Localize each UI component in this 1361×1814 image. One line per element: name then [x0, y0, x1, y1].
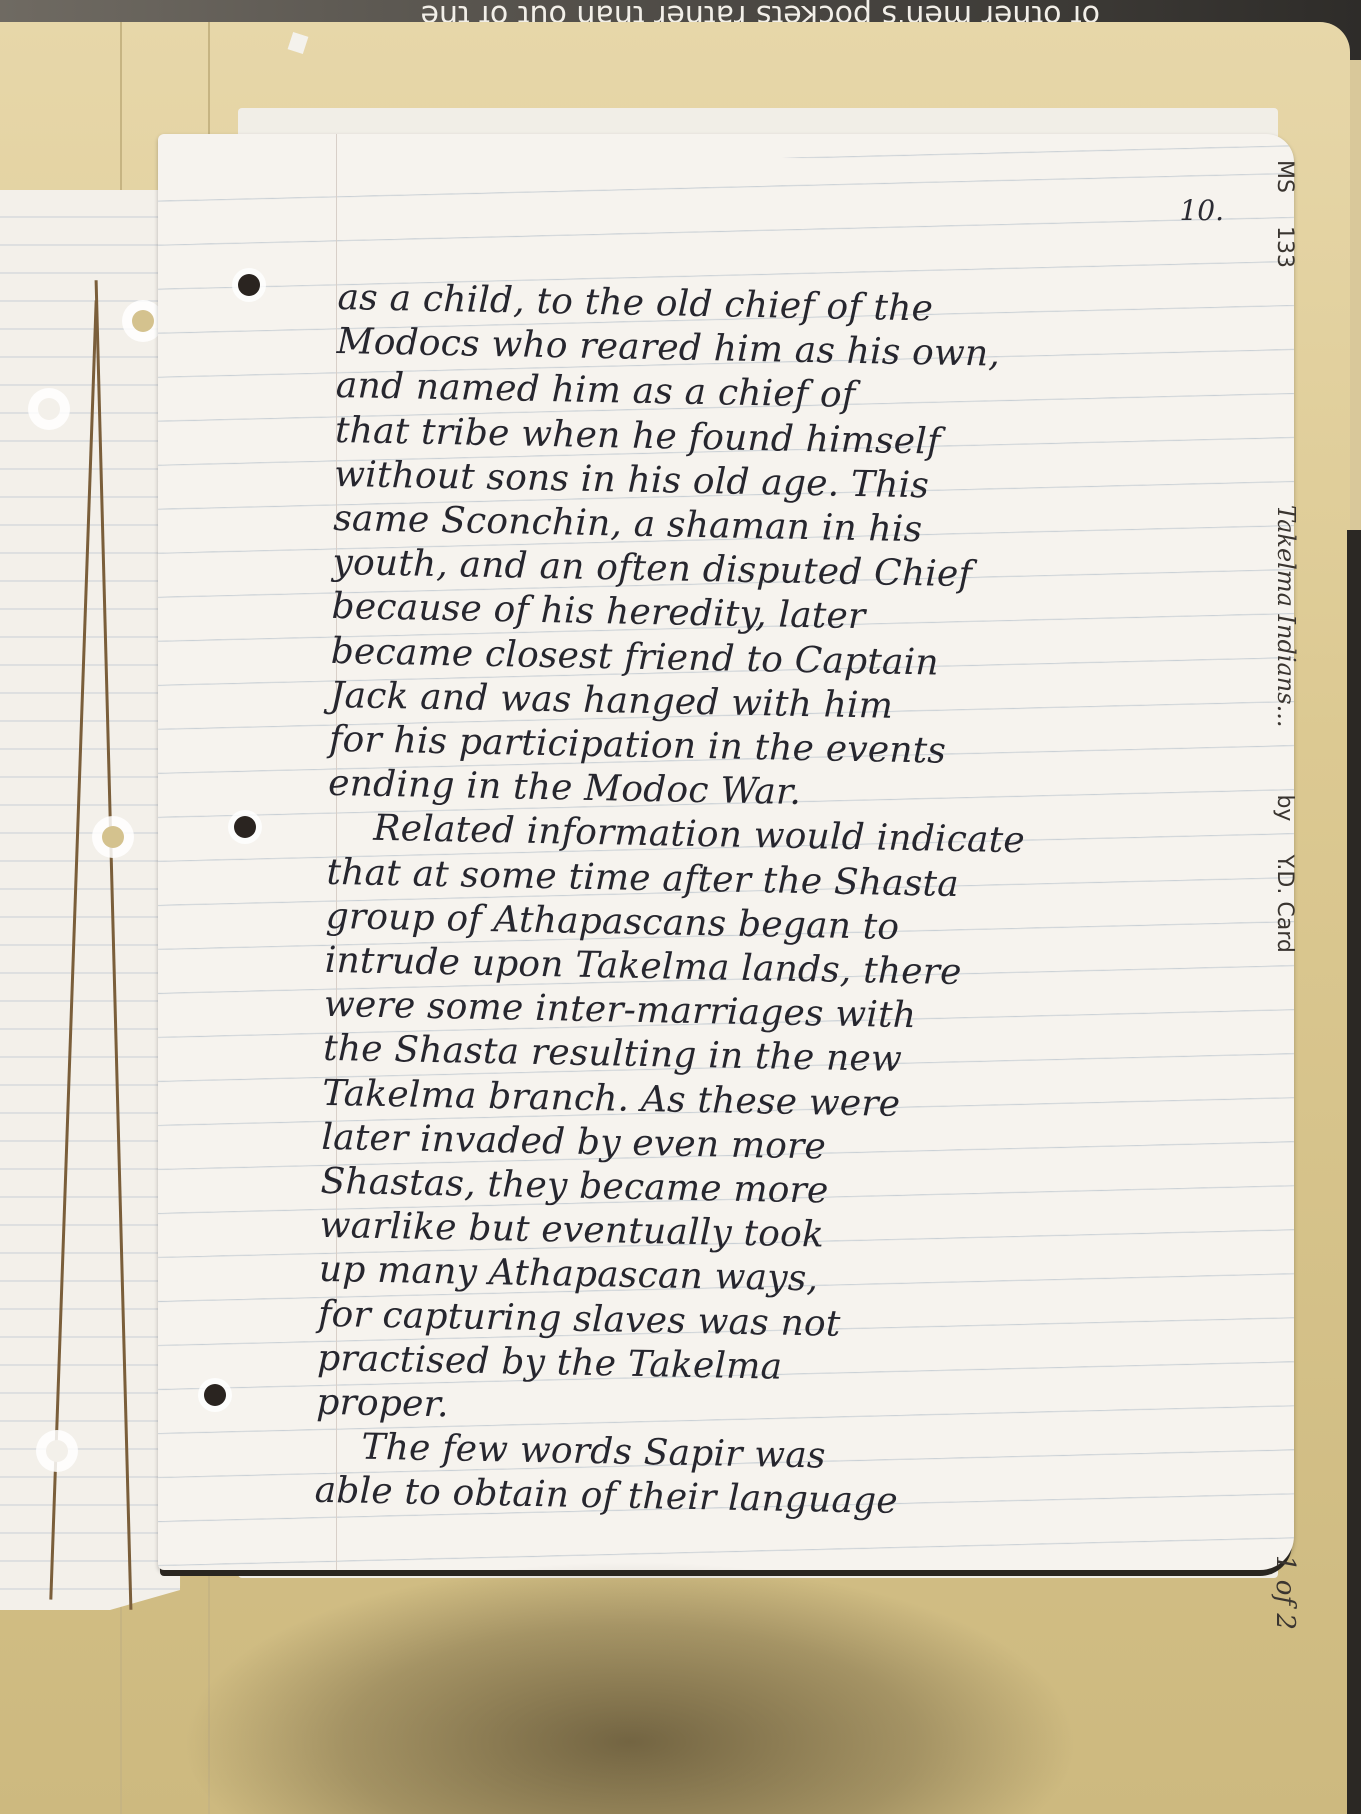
punch-hole-icon	[238, 274, 260, 296]
punch-hole-icon	[234, 816, 256, 838]
folder-edge-shadow	[1347, 530, 1361, 1814]
page-number: 10.	[1179, 194, 1224, 227]
folder-author: Y.D. Card	[1272, 854, 1297, 952]
collection-number: 133	[1272, 226, 1297, 268]
notebook-page: 10. as a child, to the old chief of theM…	[158, 134, 1294, 1570]
punch-hole-icon	[38, 398, 60, 420]
box-number: 1 of 2	[1270, 1555, 1300, 1630]
folder-by: by	[1272, 794, 1297, 821]
punch-hole-icon	[204, 1384, 226, 1406]
folder-label: MS 133 Takelma Indians... by Y.D. Card	[1272, 160, 1300, 979]
hand-shadow	[180, 1560, 1080, 1814]
collection-id: MS	[1272, 160, 1297, 193]
handwritten-text: as a child, to the old chief of theModoc…	[314, 276, 1268, 1531]
punch-hole-icon	[132, 310, 154, 332]
folder-title: Takelma Indians...	[1272, 505, 1300, 728]
punch-hole-icon	[102, 826, 124, 848]
punch-hole-icon	[46, 1440, 68, 1462]
